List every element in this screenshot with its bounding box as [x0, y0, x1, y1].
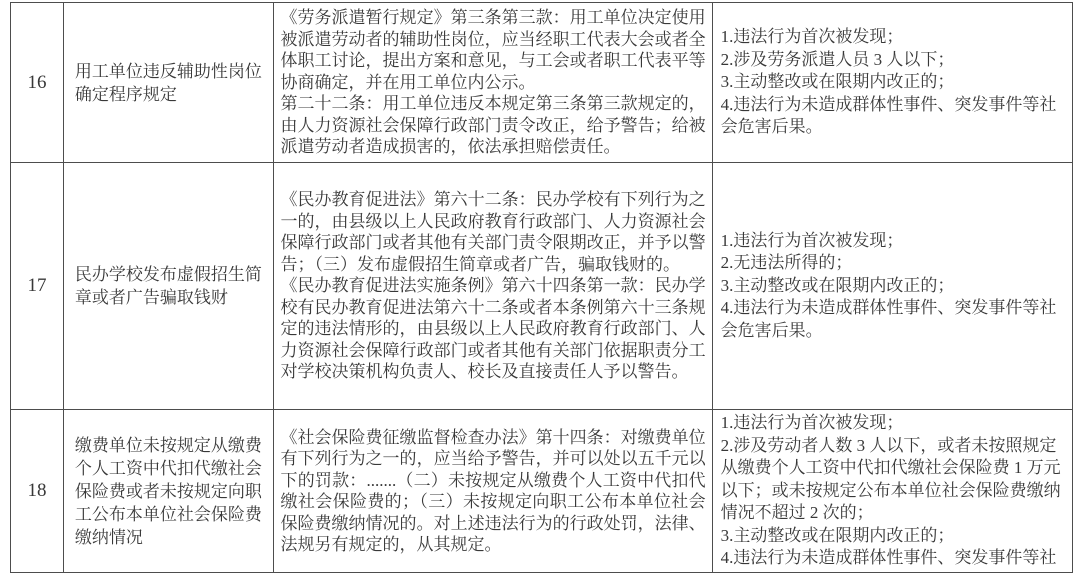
legal-basis-cell: 《民办教育促进法》第六十二条：民办学校有下列行为之一的，由县级以上人民政府教育行…: [274, 163, 713, 409]
condition-item: 4.违法行为未造成群体性事件、突发事件等社: [721, 547, 1066, 570]
condition-item: 1.违法行为首次被发现；: [721, 230, 1066, 253]
condition-item: 2.涉及劳务派遣人员 3 人以下；: [721, 49, 1066, 72]
legal-basis-paragraph: 《劳务派遣暂行规定》第三条第三款：用工单位决定使用被派遣劳动者的辅助性岗位，应当…: [281, 7, 706, 93]
condition-item: 3.主动整改或在限期内改正的；: [721, 525, 1066, 548]
table-row: 18 缴费单位未按规定从缴费个人工资中代扣代缴社会保险费或者未按规定向职工公布本…: [11, 410, 1072, 572]
document-page: 16 用工单位违反辅助性岗位确定程序规定 《劳务派遣暂行规定》第三条第三款：用工…: [0, 0, 1080, 588]
violation-text: 民办学校发布虚假招生简章或者广告骗取钱财: [75, 263, 264, 309]
legal-basis-cell: 《社会保险费征缴监督检查办法》第十四条：对缴费单位有下列行为之一的，应当给予警告…: [274, 410, 713, 572]
table-row: 17 民办学校发布虚假招生简章或者广告骗取钱财 《民办教育促进法》第六十二条：民…: [11, 163, 1072, 410]
penalty-discretion-table: 16 用工单位违反辅助性岗位确定程序规定 《劳务派遣暂行规定》第三条第三款：用工…: [10, 2, 1073, 573]
condition-item: 1.违法行为首次被发现；: [721, 412, 1066, 435]
conditions-cell: 1.违法行为首次被发现；2.无违法所得的；3.主动整改或在限期内改正的；4.违法…: [713, 163, 1072, 409]
violation-cell: 缴费单位未按规定从缴费个人工资中代扣代缴社会保险费或者未按规定向职工公布本单位社…: [64, 410, 274, 572]
conditions-cell: 1.违法行为首次被发现；2.涉及劳务派遣人员 3 人以下；3.主动整改或在限期内…: [713, 3, 1072, 162]
legal-basis-cell: 《劳务派遣暂行规定》第三条第三款：用工单位决定使用被派遣劳动者的辅助性岗位，应当…: [274, 3, 713, 162]
conditions-cell: 1.违法行为首次被发现；2.涉及劳动者人数 3 人以下，或者未按照规定从缴费个人…: [713, 410, 1072, 572]
condition-item: 3.主动整改或在限期内改正的；: [721, 71, 1066, 94]
legal-basis-paragraph: 《民办教育促进法实施条例》第六十四条第一款：民办学校有民办教育促进法第六十二条或…: [281, 275, 706, 383]
row-number-cell: 17: [11, 163, 64, 409]
row-number-cell: 18: [11, 410, 64, 572]
row-number-cell: 16: [11, 3, 64, 162]
violation-text: 用工单位违反辅助性岗位确定程序规定: [75, 60, 264, 106]
violation-cell: 民办学校发布虚假招生简章或者广告骗取钱财: [64, 163, 274, 409]
condition-item: 2.无违法所得的；: [721, 252, 1066, 275]
violation-cell: 用工单位违反辅助性岗位确定程序规定: [64, 3, 274, 162]
condition-item: 4.违法行为未造成群体性事件、突发事件等社会危害后果。: [721, 297, 1066, 342]
condition-item: 4.违法行为未造成群体性事件、突发事件等社会危害后果。: [721, 94, 1066, 139]
table-row: 16 用工单位违反辅助性岗位确定程序规定 《劳务派遣暂行规定》第三条第三款：用工…: [11, 3, 1072, 163]
row-number: 17: [27, 275, 46, 297]
condition-item: 3.主动整改或在限期内改正的；: [721, 275, 1066, 298]
legal-basis-paragraph: 《民办教育促进法》第六十二条：民办学校有下列行为之一的，由县级以上人民政府教育行…: [281, 189, 706, 275]
violation-text: 缴费单位未按规定从缴费个人工资中代扣代缴社会保险费或者未按规定向职工公布本单位社…: [75, 434, 264, 549]
row-number: 18: [27, 480, 46, 502]
legal-basis-paragraph: 第二十二条：用工单位违反本规定第三条第三款规定的，由人力资源社会保障行政部门责令…: [281, 93, 706, 158]
row-number: 16: [27, 72, 46, 94]
condition-item: 1.违法行为首次被发现；: [721, 26, 1066, 49]
condition-item: 2.涉及劳动者人数 3 人以下，或者未按照规定从缴费个人工资中代扣代缴社会保险费…: [721, 435, 1066, 525]
legal-basis-paragraph: 《社会保险费征缴监督检查办法》第十四条：对缴费单位有下列行为之一的，应当给予警告…: [281, 427, 706, 556]
